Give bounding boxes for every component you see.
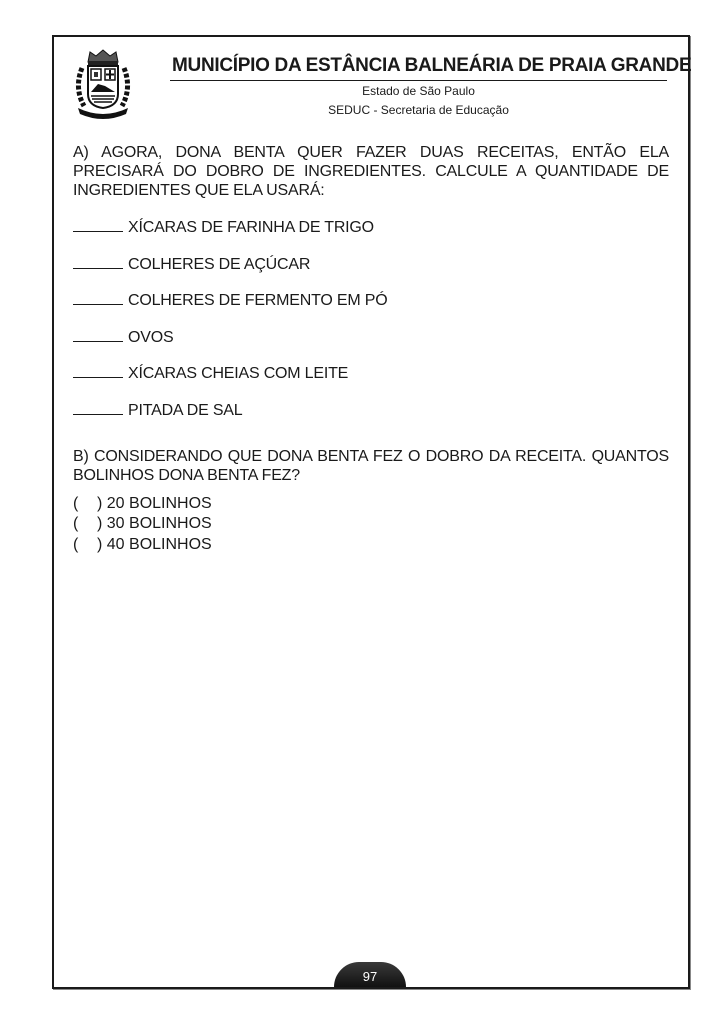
checkbox-open-paren[interactable]: ( — [73, 514, 97, 534]
answer-blank[interactable] — [73, 217, 123, 232]
answer-option[interactable]: () 30 BOLINHOS — [73, 514, 212, 534]
page-number-badge: 97 — [334, 962, 406, 987]
department-subtitle: SEDUC - Secretaria de Educação — [170, 103, 667, 117]
ingredient-label: COLHERES DE FERMENTO EM PÓ — [128, 292, 387, 309]
checkbox-open-paren[interactable]: ( — [73, 535, 97, 555]
coat-of-arms-icon — [72, 48, 134, 120]
option-label: 30 BOLINHOS — [107, 515, 212, 532]
answer-blank[interactable] — [73, 400, 123, 415]
answer-blank[interactable] — [73, 254, 123, 269]
header-divider — [170, 80, 667, 81]
answer-blank[interactable] — [73, 363, 123, 378]
question-a-prompt: A) AGORA, DONA BENTA QUER FAZER DUAS REC… — [73, 143, 669, 200]
ingredient-label: XÍCARAS DE FARINHA DE TRIGO — [128, 219, 374, 236]
ingredient-label: COLHERES DE AÇÚCAR — [128, 256, 310, 273]
ingredient-item: COLHERES DE FERMENTO EM PÓ — [73, 290, 387, 311]
ingredient-label: OVOS — [128, 329, 173, 346]
ingredient-item: XÍCARAS DE FARINHA DE TRIGO — [73, 217, 374, 238]
checkbox-open-paren[interactable]: ( — [73, 494, 97, 514]
answer-option[interactable]: () 20 BOLINHOS — [73, 494, 212, 514]
ingredient-item: XÍCARAS CHEIAS COM LEITE — [73, 363, 348, 384]
ingredient-item: OVOS — [73, 327, 173, 348]
option-label: 40 BOLINHOS — [107, 536, 212, 553]
option-label: 20 BOLINHOS — [107, 495, 212, 512]
ingredient-item: PITADA DE SAL — [73, 400, 242, 421]
question-b-prompt: B) CONSIDERANDO QUE DONA BENTA FEZ O DOB… — [73, 447, 669, 485]
answer-blank[interactable] — [73, 327, 123, 342]
answer-blank[interactable] — [73, 290, 123, 305]
answer-option[interactable]: () 40 BOLINHOS — [73, 535, 212, 555]
municipality-title: MUNICÍPIO DA ESTÂNCIA BALNEÁRIA DE PRAIA… — [172, 55, 666, 77]
state-subtitle: Estado de São Paulo — [170, 84, 667, 98]
checkbox-close-paren: ) — [97, 495, 102, 512]
ingredient-item: COLHERES DE AÇÚCAR — [73, 254, 310, 275]
ingredient-label: PITADA DE SAL — [128, 402, 242, 419]
checkbox-close-paren: ) — [97, 536, 102, 553]
checkbox-close-paren: ) — [97, 515, 102, 532]
ingredient-label: XÍCARAS CHEIAS COM LEITE — [128, 365, 348, 382]
